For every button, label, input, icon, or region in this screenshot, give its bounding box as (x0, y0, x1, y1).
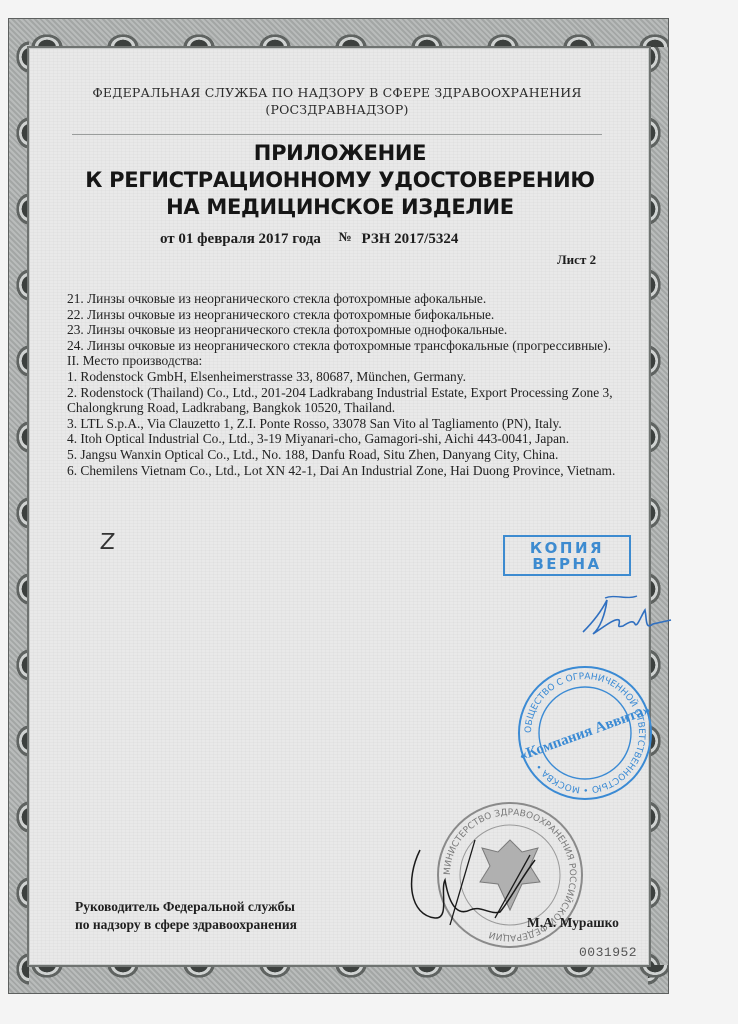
production-heading: II. Место производства: (67, 353, 627, 369)
blue-signature-icon (575, 590, 675, 640)
production-site: 6. Chemilens Vietnam Co., Ltd., Lot XN 4… (67, 463, 627, 479)
title-line-2: К РЕГИСТРАЦИОННОМУ УДОСТОВЕРЕНИЮ (40, 167, 640, 194)
list-item: 22. Линзы очковые из неорганического сте… (67, 307, 627, 323)
production-site: 1. Rodenstock GmbH, Elsenheimerstrasse 3… (67, 369, 627, 385)
black-signature-icon (400, 820, 550, 930)
list-item: 23. Линзы очковые из неорганического сте… (67, 322, 627, 338)
list-item: 21. Линзы очковые из неорганического сте… (67, 291, 627, 307)
production-site: 5. Jangsu Wanxin Optical Co., Ltd., No. … (67, 447, 627, 463)
production-site: 3. LTL S.p.A., Via Clauzetto 1, Z.I. Pon… (67, 416, 627, 432)
registration-date: от 01 февраля 2017 года (160, 231, 321, 247)
signer-position: Руководитель Федеральной службы по надзо… (75, 898, 297, 934)
handwritten-mark: Z (99, 530, 116, 555)
signer-position-line-2: по надзору в сфере здравоохранения (75, 916, 297, 934)
signer-position-line-1: Руководитель Федеральной службы (75, 898, 297, 916)
registration-number: РЗН 2017/5324 (361, 231, 458, 247)
agency-header: ФЕДЕРАЛЬНАЯ СЛУЖБА ПО НАДЗОРУ В СФЕРЕ ЗД… (52, 84, 622, 118)
registration-line: от 01 февраля 2017 года № РЗН 2017/5324 (160, 229, 458, 248)
number-sign: № (339, 229, 352, 244)
stamp-line-2: ВЕРНА (505, 556, 629, 572)
serial-number: 0031952 (579, 945, 637, 960)
signer-name: М.А. Мурашко (527, 915, 619, 931)
sheet-number: Лист 2 (557, 252, 596, 268)
title-line-3: НА МЕДИЦИНСКОЕ ИЗДЕЛИЕ (40, 194, 640, 221)
production-site: 4. Itoh Optical Industrial Co., Ltd., 3-… (67, 431, 627, 447)
title-line-1: ПРИЛОЖЕНИЕ (40, 140, 640, 167)
company-seal-icon: ОБЩЕСТВО С ОГРАНИЧЕННОЙ ОТВЕТСТВЕННОСТЬЮ… (515, 663, 655, 803)
document-title: ПРИЛОЖЕНИЕ К РЕГИСТРАЦИОННОМУ УДОСТОВЕРЕ… (40, 140, 640, 221)
header-divider (72, 134, 602, 135)
list-item: 24. Линзы очковые из неорганического сте… (67, 338, 627, 354)
agency-abbreviation: (РОСЗДРАВНАДЗОР) (52, 101, 622, 118)
production-site: 2. Rodenstock (Thailand) Co., Ltd., 201-… (67, 385, 627, 416)
document-content: 21. Линзы очковые из неорганического сте… (67, 291, 627, 478)
agency-name: ФЕДЕРАЛЬНАЯ СЛУЖБА ПО НАДЗОРУ В СФЕРЕ ЗД… (52, 84, 622, 101)
stamp-line-1: КОПИЯ (505, 540, 629, 556)
copy-certified-stamp: КОПИЯ ВЕРНА (503, 535, 631, 576)
